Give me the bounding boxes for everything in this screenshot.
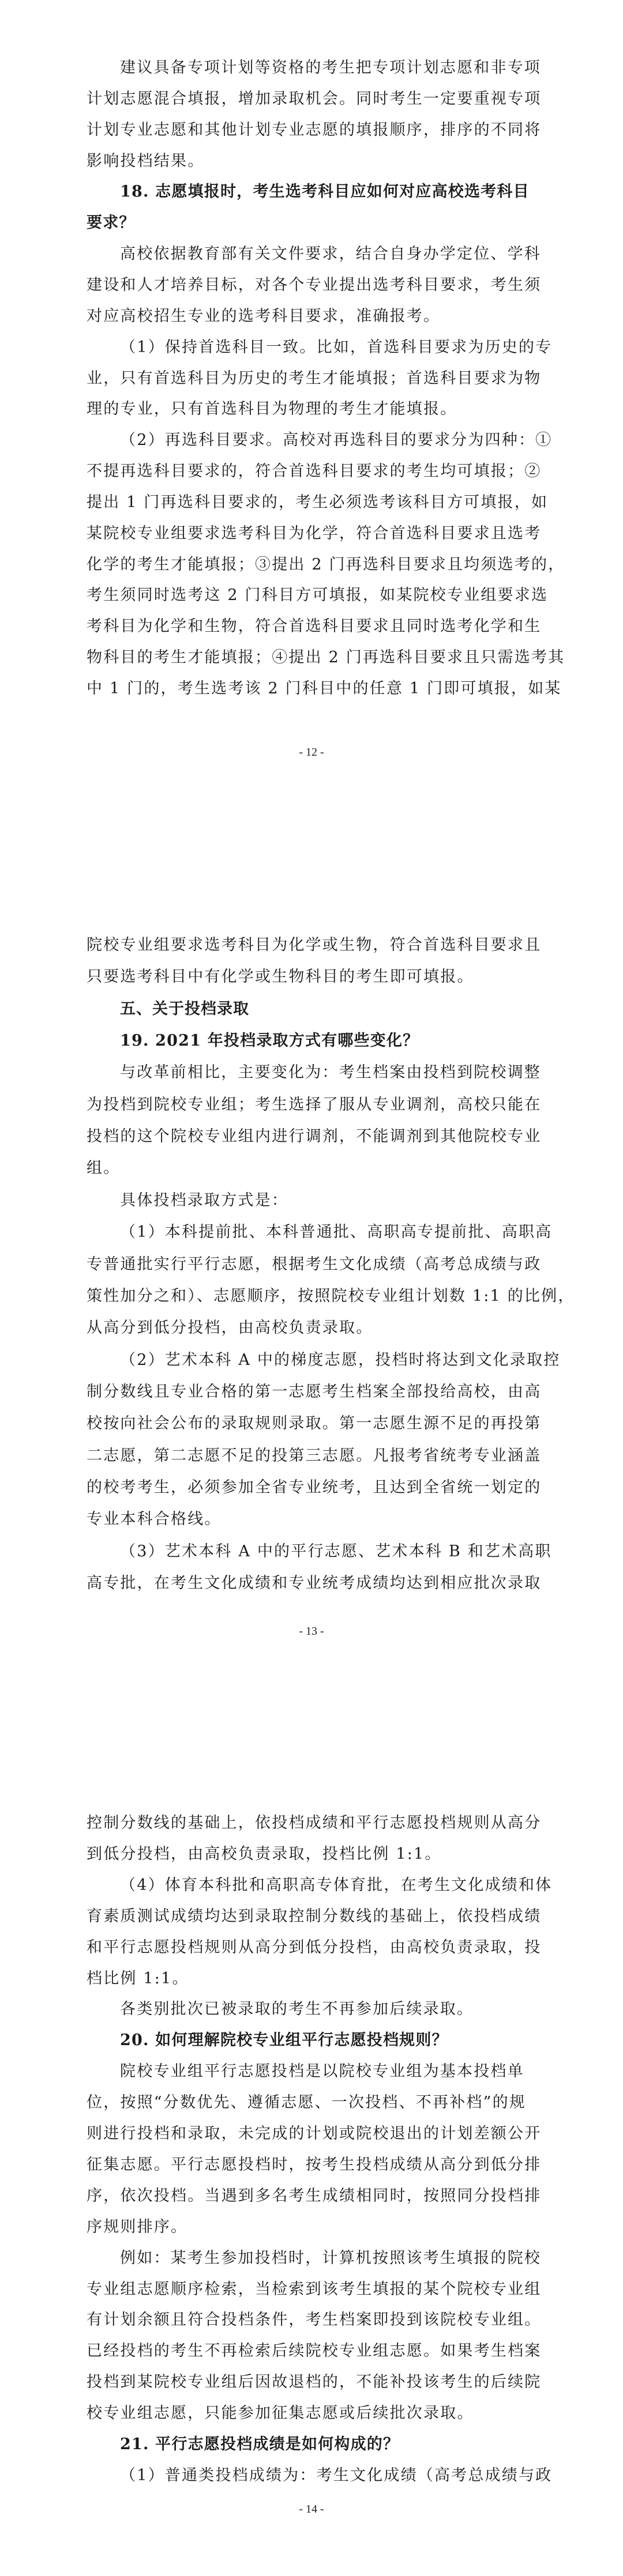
paragraph-line: 与改革前相比，主要变化为：考生档案由投档到院校调整: [120, 1061, 539, 1084]
paragraph-line: 理的专业，只有首选科目为物理的考生才能填报。: [87, 398, 539, 421]
question-heading-line: 18. 志愿填报时，考生选考科目应如何对应高校选考科目: [120, 180, 539, 203]
paragraph-line: 高校依据教育部有关文件要求，结合自身办学定位、学科: [120, 243, 539, 266]
paragraph-line: 到低分投档，由高校负责录取，投档比例 1:1。: [87, 1843, 539, 1866]
paragraph-line: 计划志愿混合填报，增加录取机会。同时考生一定要重视专项: [87, 88, 539, 111]
paragraph-line: （1）普通类投档成绩为：考生文化成绩（高考总成绩与政: [120, 2464, 539, 2487]
paragraph-line: 为投档到院校专业组；考生选择了服从专业调剂，高校只能在: [87, 1093, 539, 1117]
paragraph-line: 业，只有首选科目为历史的考生才能填报；首选科目要求为物: [87, 367, 539, 390]
paragraph-line: 校按向社会公布的录取规则录取。第一志愿生源不足的再投第: [87, 1412, 539, 1435]
paragraph-line: 从高分到低分投档，由高校负责录取。: [87, 1317, 539, 1340]
page-number: - 14 -: [0, 2502, 623, 2516]
paragraph-line: 的校考考生，必须参加全省专业统考，且达到全省统一划定的: [87, 1476, 539, 1499]
paragraph-line: 则进行投档和录取，未完成的计划或院校退出的计划差额公开: [87, 2122, 539, 2145]
paragraph-line: （3）艺术本科 A 中的平行志愿、艺术本科 B 和艺术高职: [120, 1540, 539, 1563]
paragraph-line: 某院校专业组要求选考科目为化学，符合首选科目要求且选考: [87, 522, 539, 545]
paragraph-line: （2）艺术本科 A 中的梯度志愿，投档时将达到文化录取控: [120, 1349, 539, 1372]
paragraph-line: 序规则排序。: [87, 2216, 539, 2239]
paragraph-line: 例如：某考生参加投档时，计算机按照该考生填报的院校: [120, 2247, 539, 2270]
paragraph-line: 和平行志愿投档规则从高分到低分投档，由高校负责录取，投: [87, 1936, 539, 1959]
paragraph-line: （2）再选科目要求。高校对再选科目的要求分为四种：①: [120, 429, 539, 452]
page-number: - 13 -: [0, 1624, 623, 1638]
paragraph-line: （4）体育本科批和高职高专体育批，在考生文化成绩和体: [120, 1874, 539, 1897]
paragraph-line: 中 1 门的，考生选考该 2 门科目中的任意 1 门即可填报，如某: [87, 677, 539, 700]
paragraph-line: 有计划余额且符合投档条件，考生档案即投到该院校专业组。: [87, 2309, 539, 2332]
question-heading-line: 要求？: [87, 212, 539, 235]
paragraph-line: 化学的考生才能填报；③提出 2 门再选科目要求且均须选考的，: [87, 553, 539, 576]
paragraph-line: 计划专业志愿和其他计划专业志愿的填报顺序，排序的不同将: [87, 119, 539, 142]
paragraph-line: 对应高校招生专业的选考科目要求，准确报考。: [87, 305, 539, 328]
paragraph-line: 院校专业组平行志愿投档是以院校专业组为基本投档单: [120, 2060, 539, 2083]
paragraph-line: 组。: [87, 1157, 539, 1180]
paragraph-line: 不提再选科目要求的，符合首选科目要求的考生均可填报；②: [87, 460, 539, 483]
question-heading-line: 20. 如何理解院校专业组平行志愿投档规则？: [120, 2029, 539, 2052]
paragraph-line: 育素质测试成绩均达到录取控制分数线的基础上，依投档成绩: [87, 1905, 539, 1928]
paragraph-line: （1）保持首选科目一致。比如，首选科目要求为历史的专: [120, 336, 539, 359]
paragraph-line: 投档到某院校专业组后因故退档的，不能补投该考生的后续院: [87, 2371, 539, 2394]
section-heading: 五、关于投档录取: [120, 998, 539, 1021]
paragraph-line: 高专批，在考生文化成绩和专业统考成绩均达到相应批次录取: [87, 1572, 539, 1595]
paragraph-line: 征集志愿。平行志愿投档时，按考生投档成绩从高分到低分排: [87, 2153, 539, 2177]
paragraph-line: 物科目的考生才能填报；④提出 2 门再选科目要求且只需选考其: [87, 646, 539, 669]
paragraph-line: 档比例 1:1。: [87, 1967, 539, 1990]
question-heading-line: 21. 平行志愿投档成绩是如何构成的？: [120, 2433, 539, 2456]
paragraph-line: 院校专业组要求选考科目为化学或生物，符合首选科目要求且: [87, 934, 539, 957]
paragraph-line: 专业本科合格线。: [87, 1508, 539, 1531]
paragraph-line: 各类别批次已被录取的考生不再参加后续录取。: [120, 1998, 539, 2021]
paragraph-line: 建设和人才培养目标，对各个专业提出选考科目要求，考生须: [87, 274, 539, 297]
paragraph-line: 二志愿，第二志愿不足的投第三志愿。凡报考省统考专业涵盖: [87, 1444, 539, 1468]
paragraph-line: 具体投档录取方式是：: [120, 1189, 539, 1212]
paragraph-line: （1）本科提前批、本科普通批、高职高专提前批、高职高: [120, 1221, 539, 1244]
paragraph-line: 制分数线且专业合格的第一志愿考生档案全部投给高校，由高: [87, 1381, 539, 1404]
paragraph-line: 控制分数线的基础上，依投档成绩和平行志愿投档规则从高分: [87, 1812, 539, 1835]
paragraph-line: 策性加分之和）、志愿顺序，按照院校专业组计划数 1:1 的比例，: [87, 1285, 539, 1308]
paragraph-line: 位，按照“分数优先、遵循志愿、一次投档、不再补档”的规: [87, 2091, 539, 2114]
paragraph-line: 提出 1 门再选科目要求的，考生必须选考该科目方可填报，如: [87, 491, 539, 514]
paragraph-line: 影响投档结果。: [87, 150, 539, 173]
paragraph-line: 已经投档的考生不再检索后续院校专业组志愿。如果考生档案: [87, 2340, 539, 2363]
paragraph-line: 只要选考科目中有化学或生物科目的考生即可填报。: [87, 965, 539, 989]
paragraph-line: 投档的这个院校专业组内进行调剂，不能调剂到其他院校专业: [87, 1125, 539, 1148]
paragraph-line: 建议具备专项计划等资格的考生把专项计划志愿和非专项: [120, 56, 539, 80]
paragraph-line: 专普通批实行平行志愿，根据考生文化成绩（高考总成绩与政: [87, 1253, 539, 1276]
paragraph-line: 考生须同时选考这 2 门科目方可填报，如某院校专业组要求选: [87, 584, 539, 607]
paragraph-line: 考科目为化学和生物，符合首选科目要求且同时选考化学和生: [87, 615, 539, 638]
page-number: - 12 -: [0, 745, 623, 759]
paragraph-line: 专业组志愿顺序检索，当检索到该考生填报的某个院校专业组: [87, 2278, 539, 2301]
paragraph-line: 序，依次投档。当遇到多名考生成绩相同时，按照同分投档排: [87, 2185, 539, 2208]
question-heading-line: 19. 2021 年投档录取方式有哪些变化？: [120, 1029, 539, 1053]
paragraph-line: 校专业组志愿，只能参加征集志愿或后续批次录取。: [87, 2402, 539, 2425]
